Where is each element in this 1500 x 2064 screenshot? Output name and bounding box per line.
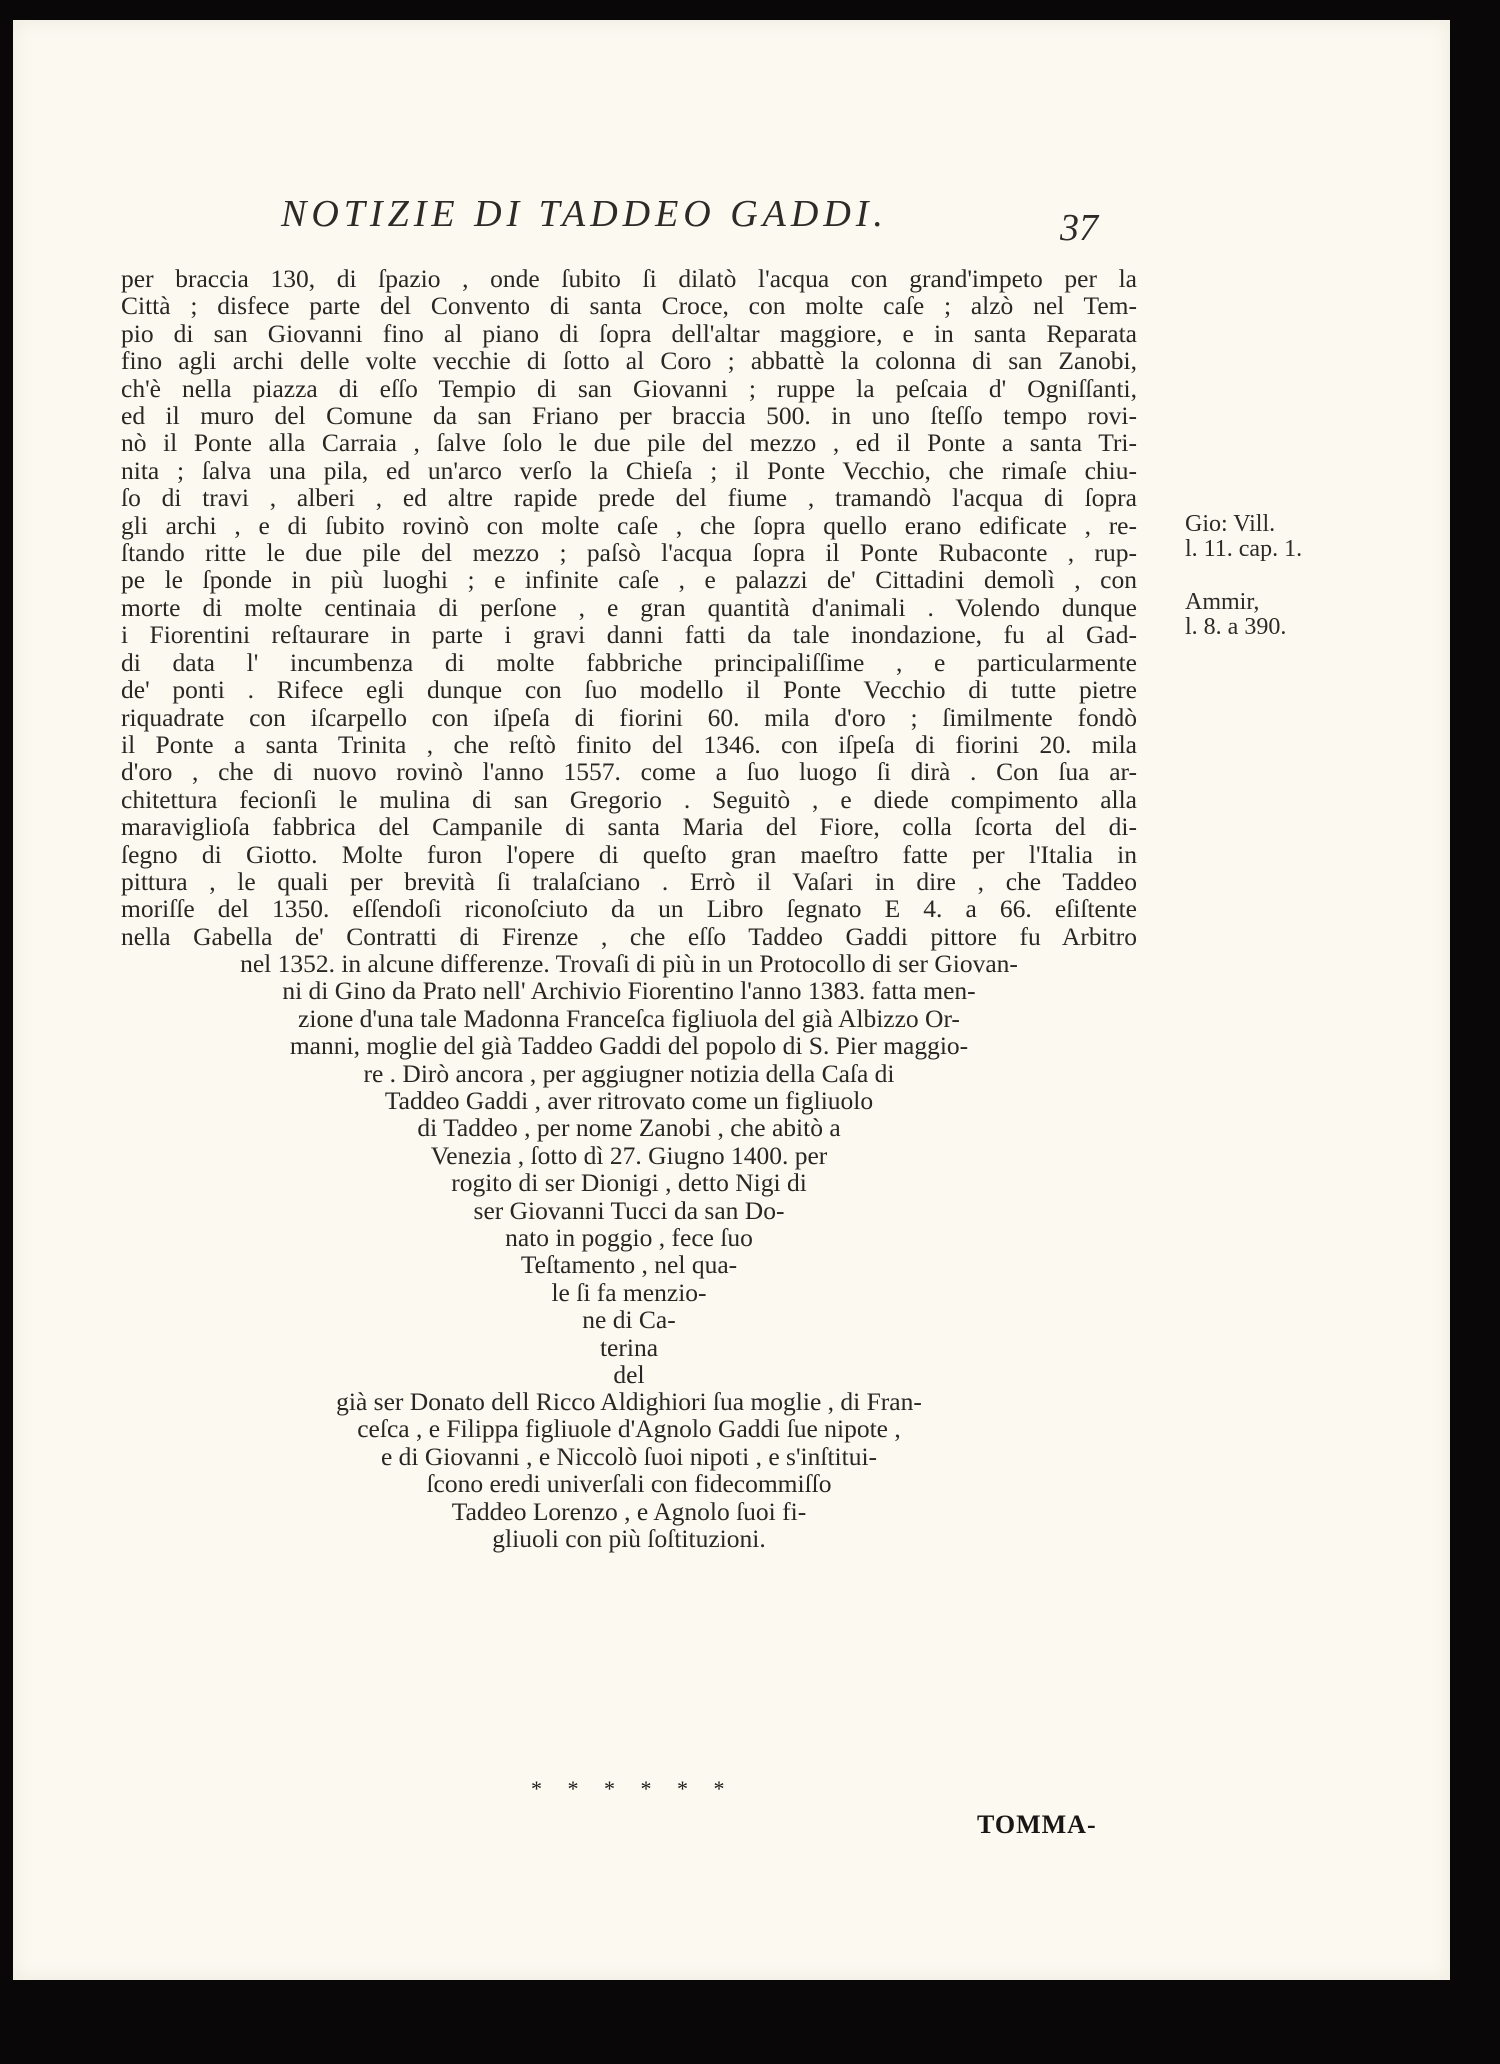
text-line: d'oro , che di nuovo rovinò l'anno 1557.… [121,758,1137,785]
text-line: ſtando ritte le due pile del mezzo ; paſ… [121,539,1137,566]
main-text-justified: per braccia 130, di ſpazio , onde ſubito… [121,265,1137,950]
text-line: ceſca , e Filippa figliuole d'Agnolo Gad… [121,1415,1137,1442]
text-line: pittura , le quali per brevità ſi tralaſ… [121,868,1137,895]
asterism-ornament: * * * * * * [531,1776,735,1802]
text-line: già ser Donato dell Ricco Aldighiori ſua… [121,1388,1137,1415]
text-line: de' ponti . Rifece egli dunque con ſuo m… [121,676,1137,703]
book-page: NOTIZIE DI TADDEO GADDI. 37 per braccia … [13,20,1450,1980]
text-line: Taddeo Lorenzo , e Agnolo ſuoi fi- [121,1498,1137,1525]
text-line: ch'è nella piazza di eſſo Tempio di san … [121,375,1137,402]
text-line: manni, moglie del già Taddeo Gaddi del p… [121,1032,1137,1059]
text-line: di Taddeo , per nome Zanobi , che abitò … [121,1114,1137,1141]
text-line: e di Giovanni , e Niccolò ſuoi nipoti , … [121,1443,1137,1470]
text-line: Teſtamento , nel qua- [121,1251,1137,1278]
running-head: NOTIZIE DI TADDEO GADDI. [281,192,888,236]
marginal-note-ammirato: Ammir, l. 8. a 390. [1185,590,1286,640]
text-line: re . Dirò ancora , per aggiugner notizia… [121,1060,1137,1087]
text-line: ne di Ca- [121,1306,1137,1333]
text-line: gli archi , e di ſubito rovinò con molte… [121,512,1137,539]
text-line: moriſſe del 1350. eſſendoſi riconoſciuto… [121,895,1137,922]
text-line: terina [121,1334,1137,1361]
text-line: zione d'una tale Madonna Franceſca figli… [121,1005,1137,1032]
text-line: gliuoli con più ſoſtituzioni. [121,1525,1137,1552]
text-line: ſo di travi , alberi , ed altre rapide p… [121,484,1137,511]
text-line: ni di Gino da Prato nell' Archivio Fiore… [121,977,1137,1004]
text-line: Taddeo Gaddi , aver ritrovato come un fi… [121,1087,1137,1114]
text-line: nita ; ſalva una pila, ed un'arco verſo … [121,457,1137,484]
text-line: morte di molte centinaia di perſone , e … [121,594,1137,621]
text-line: nella Gabella de' Contratti di Firenze ,… [121,923,1137,950]
text-line: pe le ſponde in più luoghi ; e infinite … [121,566,1137,593]
text-line: fino agli archi delle volte vecchie di ſ… [121,347,1137,374]
marginal-line: Gio: Vill. [1185,512,1302,537]
text-line: chitettura fecionſi le mulina di san Gre… [121,786,1137,813]
text-line: maraviglioſa fabbrica del Campanile di s… [121,813,1137,840]
page-number: 37 [1060,206,1098,250]
marginal-note-villani: Gio: Vill. l. 11. cap. 1. [1185,512,1302,562]
text-line: riquadrate con iſcarpello con iſpeſa di … [121,704,1137,731]
marginal-line: l. 8. a 390. [1185,615,1286,640]
text-line: pio di san Giovanni fino al piano di ſop… [121,320,1137,347]
text-line: nò il Ponte alla Carraia , ſalve ſolo le… [121,429,1137,456]
marginal-line: l. 11. cap. 1. [1185,537,1302,562]
catchword: TOMMA- [977,1810,1097,1840]
text-line: del [121,1361,1137,1388]
text-line: nato in poggio , fece ſuo [121,1224,1137,1251]
text-line: ſcono eredi univerſali con fidecommiſſo [121,1470,1137,1497]
text-line: Venezia , ſotto dì 27. Giugno 1400. per [121,1142,1137,1169]
text-line: per braccia 130, di ſpazio , onde ſubito… [121,265,1137,292]
text-line: ed il muro del Comune da san Friano per … [121,402,1137,429]
tapered-text-block: nel 1352. in alcune differenze. Trovaſi … [121,950,1137,1389]
closing-text-block: già ser Donato dell Ricco Aldighiori ſua… [121,1388,1137,1552]
marginal-line: Ammir, [1185,590,1286,615]
text-line: nel 1352. in alcune differenze. Trovaſi … [121,950,1137,977]
text-line: Città ; disfece parte del Convento di sa… [121,292,1137,319]
text-line: il Ponte a santa Trinita , che reſtò fin… [121,731,1137,758]
text-line: i Fiorentini reſtaurare in parte i gravi… [121,621,1137,648]
text-line: ser Giovanni Tucci da san Do- [121,1197,1137,1224]
text-line: le ſi fa menzio- [121,1279,1137,1306]
text-line: ſegno di Giotto. Molte furon l'opere di … [121,841,1137,868]
text-line: di data l' incumbenza di molte fabbriche… [121,649,1137,676]
text-line: rogito di ser Dionigi , detto Nigi di [121,1169,1137,1196]
